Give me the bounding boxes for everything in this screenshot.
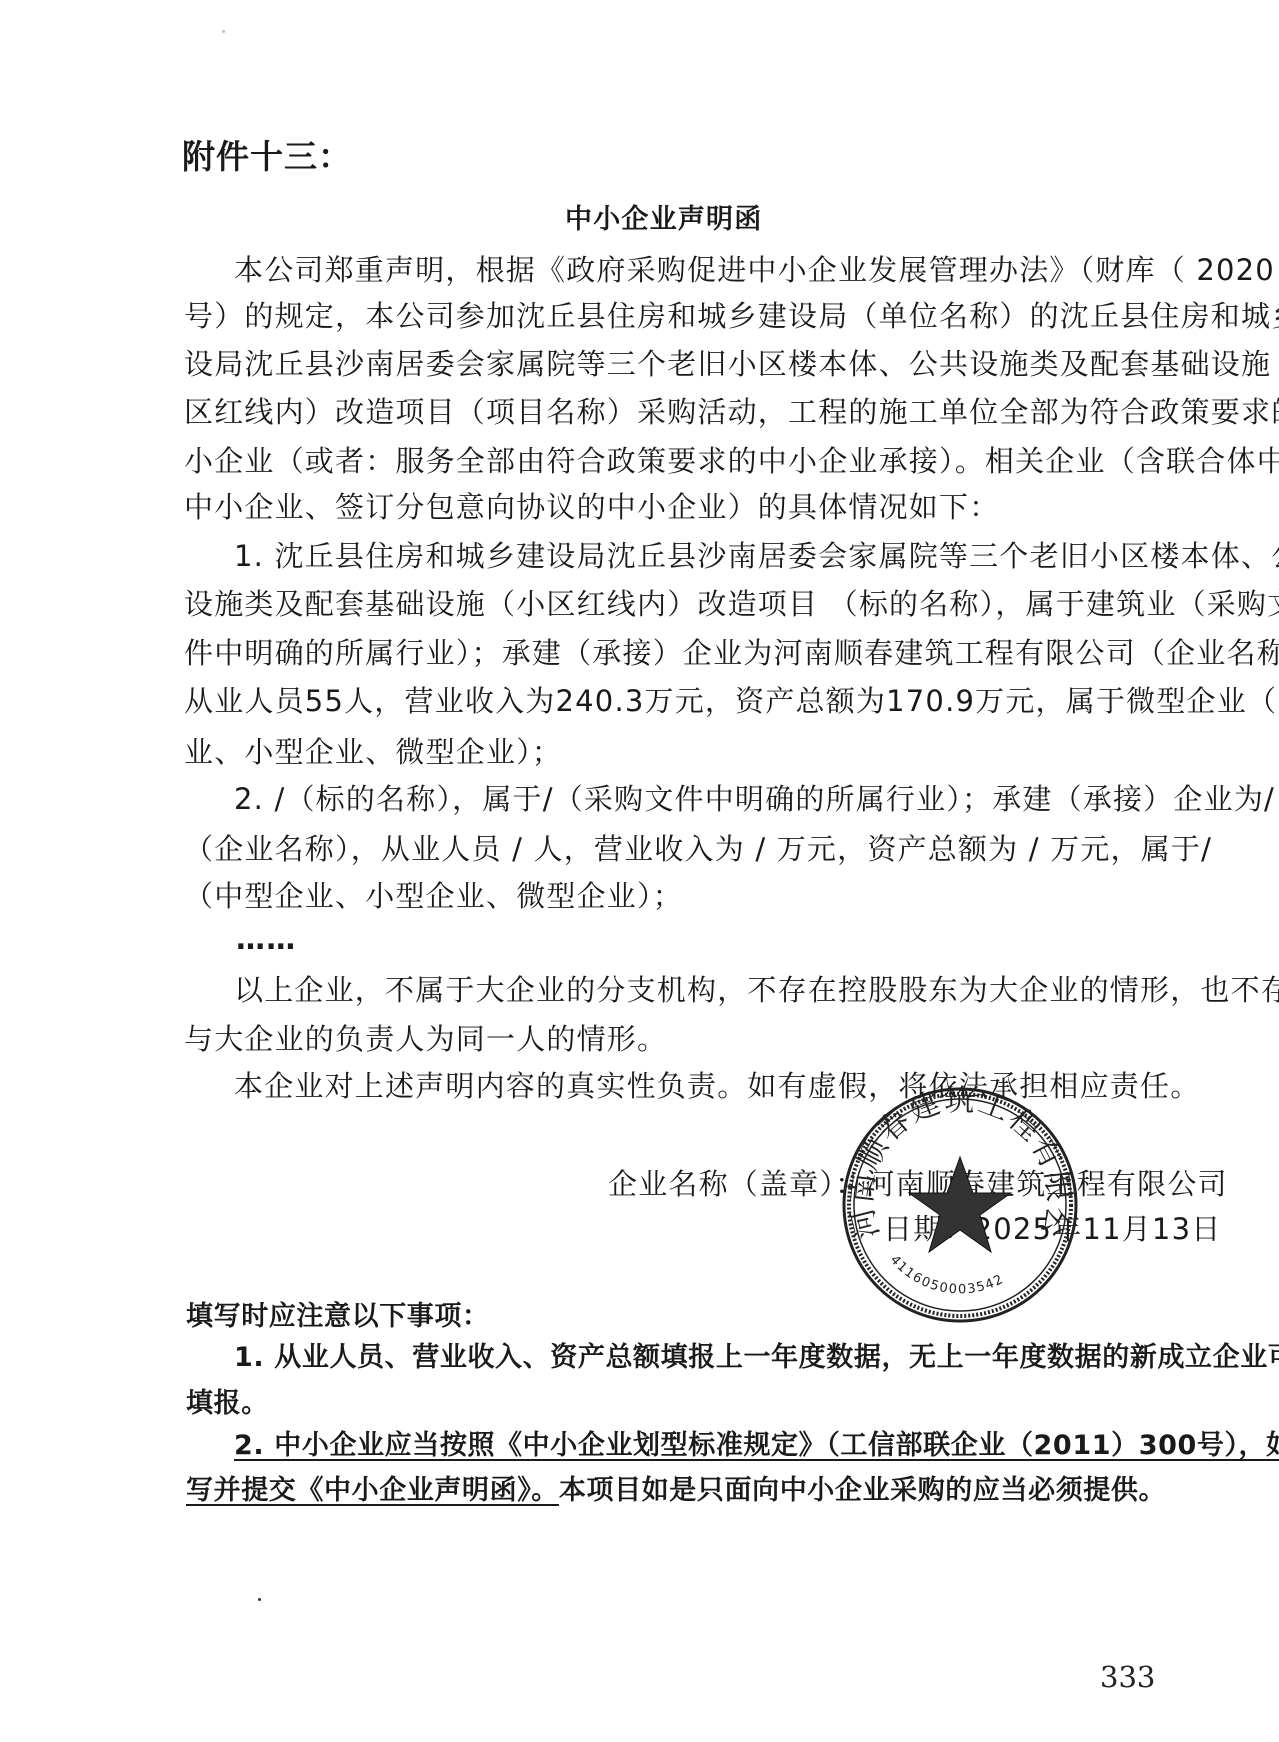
intro-line: 号）的规定，本公司参加沈丘县住房和城乡建设局（单位名称）的沈丘县住房和城乡建 — [184, 299, 1279, 333]
note1-line: 填报。 — [186, 1387, 269, 1421]
note2-tail: 本项目如是只面向中小企业采购的应当必须提供。 — [559, 1475, 1166, 1506]
closing-line: 以上企业，不属于大企业的分支机构，不存在控股股东为大企业的情形，也不存在 — [234, 973, 1279, 1007]
note2-underlined-text: 写并提交《中小企业声明函》。 — [186, 1475, 559, 1506]
note2-underlined-text: 2. 中小企业应当按照《中小企业划型标准规定》（工信部联企业（2011）300号… — [234, 1430, 1279, 1461]
date-value: 2025年11月13日 — [974, 1212, 1222, 1246]
company-name: 河南顺春建筑工程有限公司 — [865, 1167, 1227, 1201]
scan-speck — [222, 30, 225, 33]
page-number: 333 — [1100, 1660, 1155, 1694]
signature-company: 企业名称（盖章）：河南顺春建筑工程有限公司 — [608, 1167, 1228, 1201]
item1-line: 设施类及配套基础设施（小区红线内）改造项目 （标的名称），属于建筑业（采购文 — [184, 587, 1279, 621]
signature-date: 日期：2025年11月13日 — [883, 1212, 1221, 1246]
item2-line: （中型企业、小型企业、微型企业）； — [184, 879, 683, 913]
item2-line: 2. /（标的名称），属于/（采购文件中明确的所属行业）；承建（承接）企业为/ — [234, 782, 1275, 816]
intro-line: 区红线内）改造项目（项目名称）采购活动，工程的施工单位全部为符合政策要求的中 — [184, 395, 1279, 429]
company-seal-icon: 河南顺春建筑工程有限公司 4116050003542 — [840, 1085, 1080, 1325]
intro-line: 本公司郑重声明，根据《政府采购促进中小企业发展管理办法》（财库（ 2020 ）4… — [234, 253, 1279, 287]
document-title: 中小企业声明函 — [565, 203, 762, 237]
note2-line: 2. 中小企业应当按照《中小企业划型标准规定》（工信部联企业（2011）300号… — [234, 1429, 1279, 1463]
intro-line: 中小企业、签订分包意向协议的中小企业）的具体情况如下： — [184, 490, 999, 524]
item1-line: 业、小型企业、微型企业）； — [184, 735, 562, 769]
closing-line: 与大企业的负责人为同一人的情形。 — [184, 1022, 667, 1056]
svg-text:4116050003542: 4116050003542 — [887, 1253, 1007, 1298]
item1-line: 1. 沈丘县住房和城乡建设局沈丘县沙南居委会家属院等三个老旧小区楼本体、公共 — [234, 539, 1279, 573]
responsibility-statement: 本企业对上述声明内容的真实性负责。如有虚假，将依法承担相应责任。 — [234, 1069, 1200, 1103]
date-label: 日期： — [883, 1212, 974, 1246]
item1-line: 件中明确的所属行业）；承建（承接）企业为河南顺春建筑工程有限公司（企业名称）， — [184, 636, 1279, 670]
intro-line: 设局沈丘县沙南居委会家属院等三个老旧小区楼本体、公共设施类及配套基础设施（小 — [184, 347, 1279, 381]
attachment-heading: 附件十三： — [182, 140, 352, 174]
item1-line: 从业人员55人，营业收入为240.3万元，资产总额为170.9万元，属于微型企业… — [184, 684, 1279, 718]
item2-line: （企业名称），从业人员 / 人，营业收入为 / 万元，资产总额为 / 万元，属于… — [184, 832, 1212, 866]
intro-line: 小企业（或者：服务全部由符合政策要求的中小企业承接）。相关企业（含联合体中的 — [184, 444, 1279, 478]
note2-line: 写并提交《中小企业声明函》。本项目如是只面向中小企业采购的应当必须提供。 — [186, 1474, 1166, 1508]
note1-line: 1. 从业人员、营业收入、资产总额填报上一年度数据，无上一年度数据的新成立企业可… — [234, 1341, 1279, 1375]
scan-speck — [258, 1598, 261, 1601]
ellipsis: …… — [236, 922, 296, 956]
seal-serial: 4116050003542 — [887, 1253, 1007, 1298]
notes-heading: 填写时应注意以下事项： — [186, 1300, 490, 1334]
company-label: 企业名称（盖章）： — [608, 1167, 865, 1201]
